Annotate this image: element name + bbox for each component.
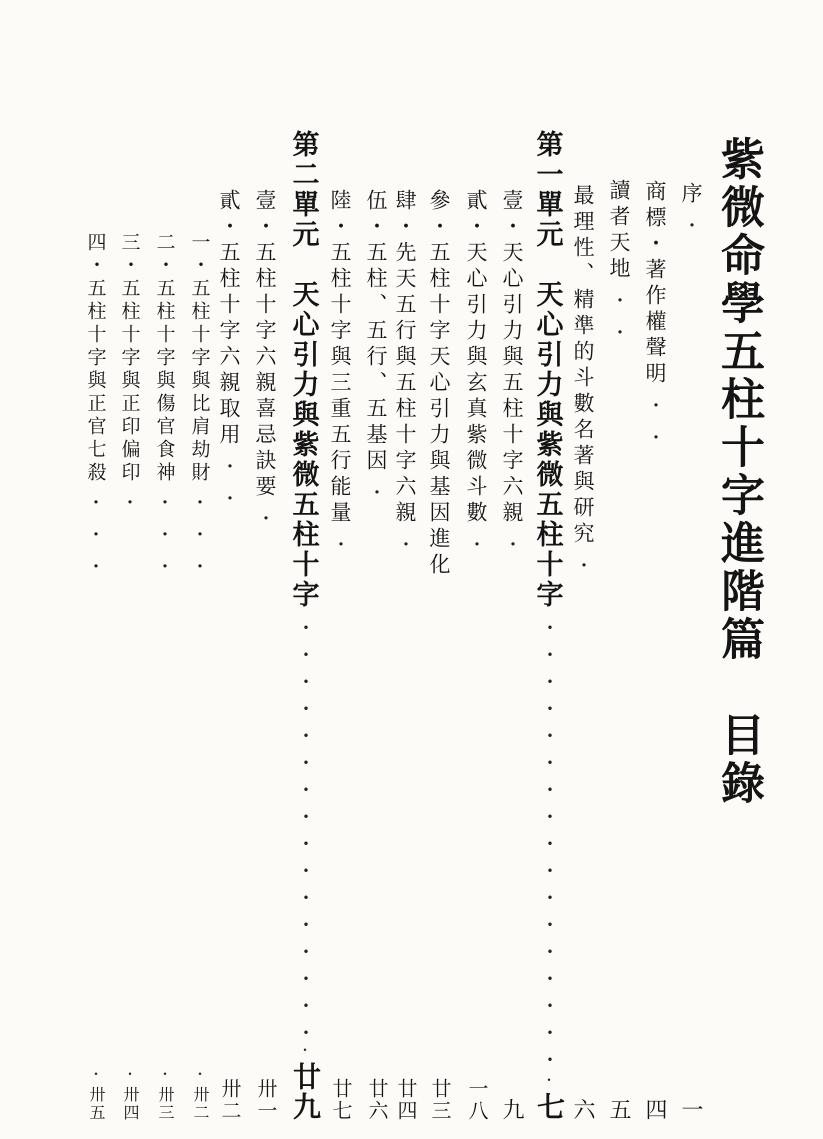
toc-entry: 陸・五柱十字與三重五行能量 ・ 廿七 xyxy=(326,189,354,1122)
entry-number: 壹・ xyxy=(500,189,524,241)
toc-entry: 貳・五柱十字六親取用 ・・ 卅二 xyxy=(215,189,243,1122)
page-number: 一八 xyxy=(466,1078,486,1122)
dot-leader: ・・ xyxy=(606,291,632,1092)
page-number: 廿七 xyxy=(330,1078,350,1122)
toc-entry: 伍・五柱、五行、五基因 ・ 廿六 xyxy=(362,189,390,1122)
entry-title: 五柱十字與傷官食神 xyxy=(154,278,175,485)
entry-title: 五柱十字與比肩劫財 xyxy=(189,278,210,485)
dot-leader: ・ xyxy=(116,493,142,1067)
page-dot: ・ xyxy=(155,1067,174,1080)
page-number: 七 xyxy=(534,1092,562,1122)
page-number: 卅五 xyxy=(87,1086,103,1122)
page-number: 四 xyxy=(644,1098,666,1122)
toc-entry: 參・五柱十字天心引力與基因進化 廿三 xyxy=(425,189,453,1122)
dot-leader: ・・・ xyxy=(186,493,212,1067)
dot-leader: ・ xyxy=(570,556,596,1092)
entry-title: 第一單元 天心引力與紫微五柱十字 xyxy=(533,130,563,610)
entry-title: 天心引力與玄真紫微斗數 xyxy=(464,241,488,527)
entry-title: 序 xyxy=(679,182,703,208)
toc-entry: 序 ・ 一 xyxy=(677,182,705,1122)
page-number: 九 xyxy=(501,1098,523,1122)
dot-leader: ・・・・・・・・・・・・・・・・・・ xyxy=(535,618,562,1073)
page-number: 卅三 xyxy=(156,1086,172,1122)
dot-leader: ・・ xyxy=(642,396,668,1092)
dot-leader: ・ xyxy=(499,535,525,1092)
dot-leader: ・ xyxy=(363,483,389,1072)
page-number: 廿三 xyxy=(429,1078,449,1122)
dot-leader: ・・・・・・・・・・・・・・・・・・ xyxy=(291,618,318,1043)
page-number: 卅四 xyxy=(121,1086,137,1122)
entry-number: 三・ xyxy=(119,232,140,278)
entry-title: 五柱十字六親取用 xyxy=(217,241,241,449)
toc-entry: 最理性、精準的斗數名著與研究 ・ 六 xyxy=(569,184,597,1122)
page-number: 六 xyxy=(572,1098,594,1122)
dot-leader: ・ xyxy=(463,535,489,1072)
toc-section-header: 第二單元 天心引力與紫微五柱十字 ・・・・・・・・・・・・・・・・・・ ・ 廿九 xyxy=(286,130,322,1122)
entry-number: 伍・ xyxy=(364,189,388,241)
page-title: 紫微命學五柱十字進階篇 目錄 xyxy=(706,136,770,808)
page-number: 一 xyxy=(680,1098,702,1122)
toc-entry: 讀者天地 ・・ 五 xyxy=(605,179,633,1122)
book-title-column: 紫微命學五柱十字進階篇 目錄 xyxy=(712,136,764,836)
entry-title: 最理性、精準的斗數名著與研究 xyxy=(571,184,595,548)
entry-title: 五柱十字與正印偏印 xyxy=(119,278,140,485)
dot-leader: ・・ xyxy=(216,457,242,1072)
entry-number: 壹・ xyxy=(253,189,277,241)
entry-number: 四・ xyxy=(85,232,106,278)
book-toc-page: 紫微命學五柱十字進階篇 目錄 序 ・ 一 商標・著作權聲明 ・・ 四 讀者天地 … xyxy=(0,0,823,1139)
dot-leader: ・ xyxy=(678,216,704,1092)
toc-entry: 壹・天心引力與五柱十字六親 ・ 九 xyxy=(498,189,526,1122)
entry-title: 五柱十字與正官七殺 xyxy=(85,278,106,485)
page-number: 廿六 xyxy=(366,1078,386,1122)
toc-entry: 貳・天心引力與玄真紫微斗數 ・ 一八 xyxy=(462,189,490,1122)
entry-number: 肆・ xyxy=(393,189,417,241)
entry-number: 一・ xyxy=(189,232,210,278)
entry-title: 讀者天地 xyxy=(607,179,631,283)
dot-leader: ・・・ xyxy=(151,493,177,1067)
toc-entry: 壹・五柱十字六親喜忌訣要 ・ 卅一 xyxy=(251,189,279,1122)
page-number: 卅二 xyxy=(219,1078,239,1122)
toc-subentry: 一・五柱十字與比肩劫財 ・・・ ・ 卅二 xyxy=(186,232,212,1122)
dot-leader: ・・・ xyxy=(82,493,108,1067)
entry-title: 五柱、五行、五基因 xyxy=(364,241,388,475)
toc-subentry: 二・五柱十字與傷官食神 ・・・ ・ 卅三 xyxy=(151,232,177,1122)
entry-number: 參・ xyxy=(427,189,451,241)
entry-title: 第二單元 天心引力與紫微五柱十字 xyxy=(289,130,319,610)
dot-leader: ・ xyxy=(252,509,278,1072)
page-dot: ・ xyxy=(86,1067,105,1080)
entry-number: 貳・ xyxy=(464,189,488,241)
page-dot: ・ xyxy=(539,1073,558,1086)
entry-title: 五柱十字與三重五行能量 xyxy=(328,241,352,527)
toc-entry: 商標・著作權聲明 ・・ 四 xyxy=(641,180,669,1122)
page-number: 卅二 xyxy=(191,1086,207,1122)
page-number: 廿四 xyxy=(395,1078,415,1122)
toc-subentry: 四・五柱十字與正官七殺 ・・・ ・ 卅五 xyxy=(82,232,108,1122)
toc-section-header: 第一單元 天心引力與紫微五柱十字 ・・・・・・・・・・・・・・・・・・ ・ 七 xyxy=(530,130,566,1122)
page-number: 卅一 xyxy=(255,1078,275,1122)
entry-title: 先天五行與五柱十字六親 xyxy=(393,241,417,527)
dot-leader: ・ xyxy=(392,535,418,1072)
page-dot: ・ xyxy=(120,1067,139,1080)
toc-entry: 肆・先天五行與五柱十字六親 ・ 廿四 xyxy=(391,189,419,1122)
entry-number: 陸・ xyxy=(328,189,352,241)
entry-title: 天心引力與五柱十字六親 xyxy=(500,241,524,527)
entry-title: 商標・著作權聲明 xyxy=(643,180,667,388)
page-number: 五 xyxy=(608,1098,630,1122)
entry-number: 貳・ xyxy=(217,189,241,241)
page-number: 廿九 xyxy=(290,1062,318,1122)
entry-title: 五柱十字六親喜忌訣要 xyxy=(253,241,277,501)
toc-subentry: 三・五柱十字與正印偏印 ・ ・ 卅四 xyxy=(116,232,142,1122)
dot-leader: ・ xyxy=(327,535,353,1072)
page-dot: ・ xyxy=(190,1067,209,1080)
entry-number: 二・ xyxy=(154,232,175,278)
entry-title: 五柱十字天心引力與基因進化 xyxy=(427,241,451,579)
page-dot: ・ xyxy=(295,1043,314,1056)
